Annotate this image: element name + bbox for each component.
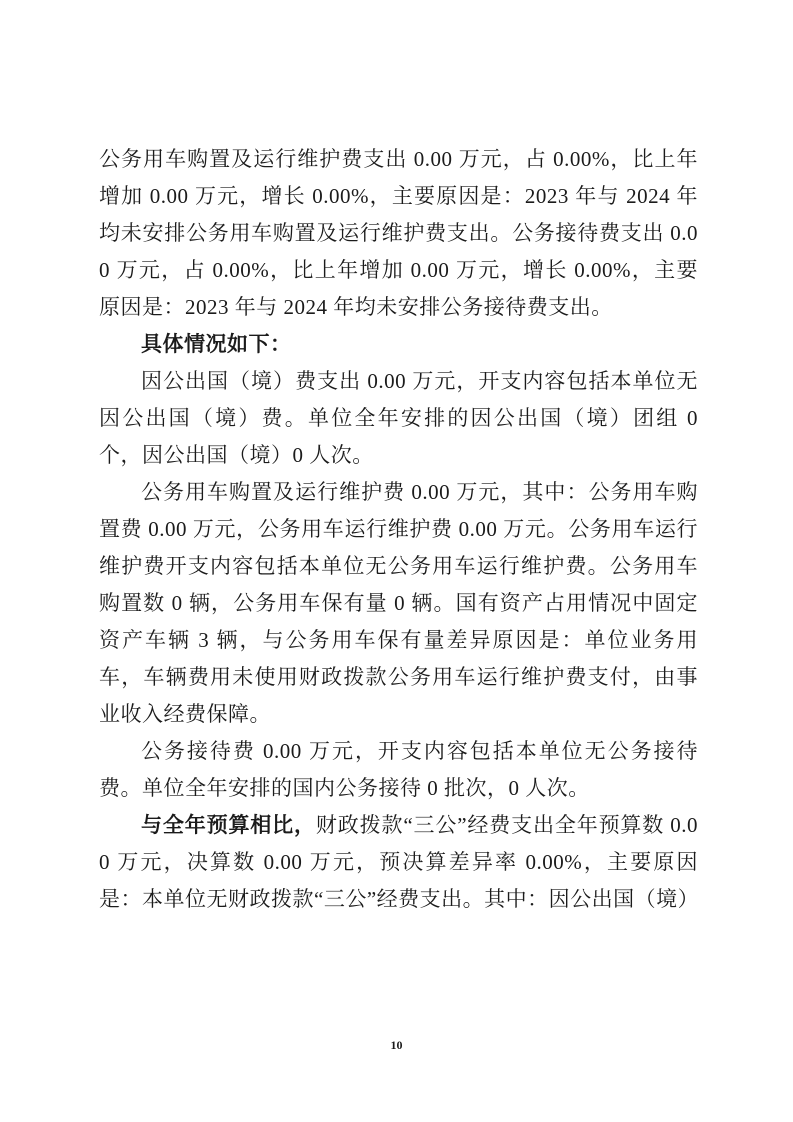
paragraph-text: 因公出国（境）费支出 0.00 万元，开支内容包括本单位无因公出国（境）费。单位… bbox=[99, 369, 698, 467]
paragraph-bold-lead: 具体情况如下： bbox=[141, 333, 292, 356]
paragraph-budget-comparison: 与全年预算相比，财政拨款“三公”经费支出全年预算数 0.00 万元，决算数 0.… bbox=[99, 807, 698, 918]
paragraph-text: 公务用车购置及运行维护费支出 0.00 万元，占 0.00%，比上年增加 0.0… bbox=[99, 147, 698, 319]
paragraph-abroad-expense: 因公出国（境）费支出 0.00 万元，开支内容包括本单位无因公出国（境）费。单位… bbox=[99, 363, 698, 474]
paragraph-text: 公务用车购置及运行维护费 0.00 万元，其中：公务用车购置费 0.00 万元，… bbox=[99, 480, 698, 726]
paragraph-text: 公务接待费 0.00 万元，开支内容包括本单位无公务接待费。单位全年安排的国内公… bbox=[99, 739, 698, 800]
paragraph-continuation: 公务用车购置及运行维护费支出 0.00 万元，占 0.00%，比上年增加 0.0… bbox=[99, 141, 698, 326]
paragraph-bold-lead: 与全年预算相比， bbox=[141, 814, 316, 837]
document-page: 公务用车购置及运行维护费支出 0.00 万元，占 0.00%，比上年增加 0.0… bbox=[0, 0, 793, 1122]
page-body-text: 公务用车购置及运行维护费支出 0.00 万元，占 0.00%，比上年增加 0.0… bbox=[99, 141, 698, 918]
paragraph-vehicle-expense: 公务用车购置及运行维护费 0.00 万元，其中：公务用车购置费 0.00 万元，… bbox=[99, 474, 698, 733]
paragraph-heading: 具体情况如下： bbox=[99, 326, 698, 363]
page-number: 10 bbox=[0, 1038, 793, 1053]
paragraph-reception-expense: 公务接待费 0.00 万元，开支内容包括本单位无公务接待费。单位全年安排的国内公… bbox=[99, 733, 698, 807]
